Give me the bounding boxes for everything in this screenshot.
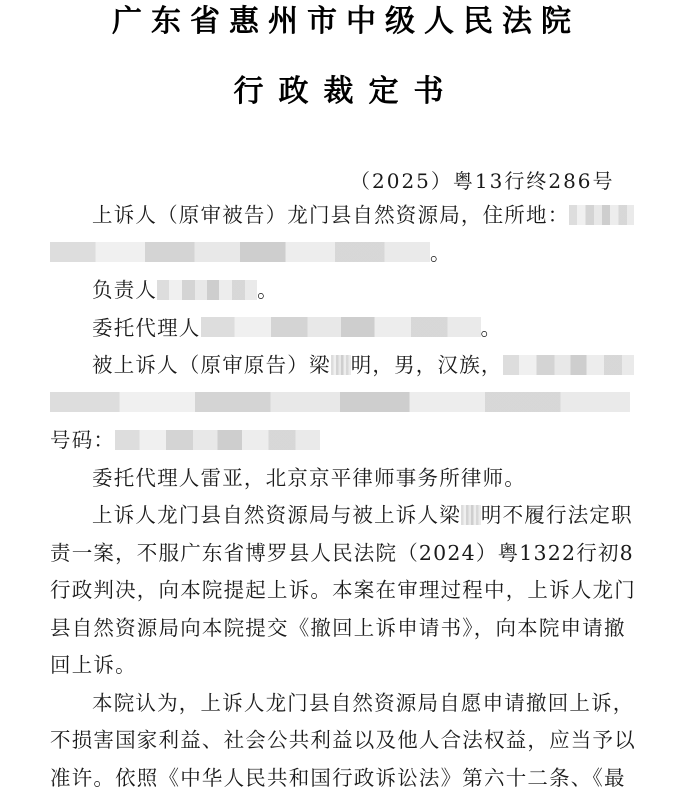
redacted-birthdate bbox=[503, 355, 634, 375]
redacted-agent bbox=[201, 317, 481, 337]
redacted-residence bbox=[50, 392, 630, 412]
appellee-text: 被上诉人（原审原告）梁 bbox=[92, 353, 331, 377]
paragraph-case-summary: 上诉人龙门县自然资源局与被上诉人梁明不履行法定职 责一案，不服广东省博罗县人民法… bbox=[50, 497, 634, 685]
summary-line: 责一案，不服广东省博罗县人民法院（2024）粤1322行初846号 bbox=[50, 535, 634, 573]
document-type: 行政裁定书 bbox=[0, 66, 692, 110]
summary-line: 回上诉。 bbox=[50, 647, 634, 685]
redacted-address bbox=[569, 205, 634, 225]
summary-line: 行政判决，向本院提起上诉。本案在审理过程中，上诉人龙门 bbox=[50, 572, 634, 610]
appellant-text: 上诉人（原审被告）龙门县自然资源局，住所地： bbox=[92, 203, 569, 227]
summary-text: 上诉人龙门县自然资源局与被上诉人梁 bbox=[92, 503, 461, 527]
case-number: （2025）粤13行终286号 bbox=[350, 165, 615, 194]
redacted-id-number bbox=[115, 430, 320, 450]
paragraph-appellant-agent: 委托代理人。 bbox=[50, 310, 634, 348]
summary-text-cont: 明不履行法定职 bbox=[481, 503, 633, 527]
opinion-line: 准许。依照《中华人民共和国行政诉讼法》第六十二条、《最 bbox=[50, 760, 634, 796]
appellee-text-cont: 明，男，汉族， bbox=[351, 353, 503, 377]
redacted-head-name bbox=[157, 280, 257, 300]
period: 。 bbox=[481, 316, 503, 340]
head-label: 负责人 bbox=[92, 278, 157, 302]
opinion-line: 不损害国家利益、社会公共利益以及他人合法权益，应当予以 bbox=[50, 722, 634, 760]
document-body: 上诉人（原审被告）龙门县自然资源局，住所地： 。 负责人。 委托代理人。 被上诉… bbox=[50, 197, 634, 796]
agent-label: 委托代理人 bbox=[92, 316, 201, 340]
period: 。 bbox=[430, 241, 452, 265]
paragraph-court-opinion: 本院认为，上诉人龙门县自然资源局自愿申请撤回上诉， 不损害国家利益、社会公共利益… bbox=[50, 685, 634, 796]
judgment-page: 广东省惠州市中级人民法院 行政裁定书 （2025）粤13行终286号 上诉人（原… bbox=[0, 0, 692, 796]
period: 。 bbox=[257, 278, 279, 302]
paragraph-appellant-head: 负责人。 bbox=[50, 272, 634, 310]
court-name: 广东省惠州市中级人民法院 bbox=[0, 0, 692, 40]
paragraph-appellee: 被上诉人（原审原告）梁明，男，汉族， 号码： bbox=[50, 347, 634, 460]
redacted-name-char bbox=[331, 355, 351, 375]
opinion-line: 本院认为，上诉人龙门县自然资源局自愿申请撤回上诉， bbox=[50, 685, 634, 723]
paragraph-appellee-agent: 委托代理人雷亚，北京京平律师事务所律师。 bbox=[50, 460, 634, 498]
redacted-address-cont bbox=[50, 242, 430, 262]
summary-line: 县自然资源局向本院提交《撤回上诉申请书》，向本院申请撤 bbox=[50, 610, 634, 648]
redacted-name-char bbox=[461, 505, 481, 525]
id-label: 号码： bbox=[50, 428, 115, 452]
paragraph-appellant: 上诉人（原审被告）龙门县自然资源局，住所地： 。 bbox=[50, 197, 634, 272]
